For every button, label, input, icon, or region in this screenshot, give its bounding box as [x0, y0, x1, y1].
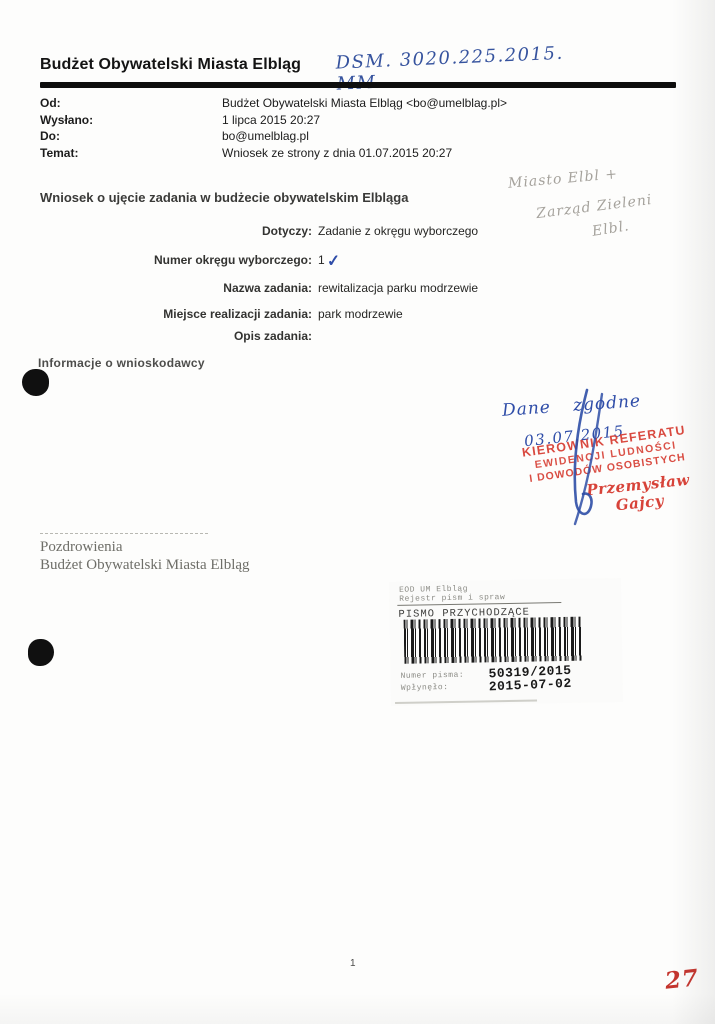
hole-punch-top	[22, 369, 49, 396]
signature-divider	[40, 533, 208, 534]
signature-closing: Pozdrowienia	[40, 538, 250, 556]
email-from-label: Od:	[40, 96, 222, 113]
field-row-task-name: Nazwa zadania: rewitalizacja parku modrz…	[40, 281, 660, 295]
field-value-task-location: park modrzewie	[318, 307, 403, 321]
field-label-district-number: Numer okręgu wyborczego:	[40, 253, 312, 273]
header-rule	[40, 82, 676, 88]
signature-sender: Budżet Obywatelski Miasta Elbląg	[40, 556, 250, 574]
scanned-document-page: Budżet Obywatelski Miasta Elbląg DSM. 30…	[0, 0, 715, 1024]
field-row-district-number: Numer okręgu wyborczego: 1 ✓	[40, 253, 660, 273]
field-row-concerns: Dotyczy: Zadanie z okręgu wyborczego	[40, 224, 660, 238]
sticker-received-value: 2015-07-02	[488, 676, 572, 695]
field-value-district-number: 1	[318, 253, 325, 273]
sticker-register-line: Rejestr pism i spraw	[399, 593, 505, 604]
email-subject-label: Temat:	[40, 146, 222, 163]
email-to-value: bo@umelblag.pl	[222, 129, 640, 146]
email-to-label: Do:	[40, 129, 222, 146]
email-from-value: Budżet Obywatelski Miasta Elbląg <bo@ume…	[222, 96, 640, 113]
field-label-task-name: Nazwa zadania:	[40, 281, 312, 295]
pencil-note-line-2: Zarząd Zieleni	[535, 192, 653, 222]
request-title: Wniosek o ujęcie zadania w budżecie obyw…	[40, 190, 408, 205]
field-value-task-name: rewitalizacja parku modrzewie	[318, 281, 478, 295]
pencil-note-line-1: Miasto Elbl +	[508, 166, 619, 192]
email-subject-row: Temat: Wniosek ze strony z dnia 01.07.20…	[40, 146, 640, 163]
sticker-received-label: Wpłynęło:	[401, 683, 449, 693]
page-number: 1	[350, 958, 356, 969]
field-label-task-description: Opis zadania:	[40, 329, 312, 343]
email-sent-row: Wysłano: 1 lipca 2015 20:27	[40, 113, 640, 130]
sticker-bottom-edge	[395, 699, 537, 703]
pen-checkmark-icon: ✓	[326, 251, 341, 272]
field-row-task-location: Miejsce realizacji zadania: park modrzew…	[40, 307, 660, 321]
email-subject-value: Wniosek ze strony z dnia 01.07.2015 20:2…	[222, 146, 640, 163]
field-row-task-description: Opis zadania:	[40, 329, 660, 343]
email-sent-label: Wysłano:	[40, 113, 222, 130]
field-label-task-location: Miejsce realizacji zadania:	[40, 307, 312, 321]
sticker-number-label: Numer pisma:	[401, 671, 465, 681]
handwritten-folio-number: 27	[664, 964, 701, 994]
applicant-info-heading: Informacje o wnioskodawcy	[38, 356, 205, 370]
email-header-block: Od: Budżet Obywatelski Miasta Elbląg <bo…	[40, 96, 640, 162]
barcode-image	[404, 617, 583, 664]
pen-signature-flourish	[545, 386, 630, 536]
email-signature-block: Pozdrowienia Budżet Obywatelski Miasta E…	[40, 533, 250, 574]
email-from-row: Od: Budżet Obywatelski Miasta Elbląg <bo…	[40, 96, 640, 113]
hole-punch-bottom	[28, 639, 54, 666]
document-title: Budżet Obywatelski Miasta Elbląg	[40, 56, 301, 74]
registry-barcode-sticker: EOD UM Elbląg Rejestr pism i spraw PISMO…	[389, 578, 623, 706]
email-to-row: Do: bo@umelblag.pl	[40, 129, 640, 146]
field-label-concerns: Dotyczy:	[40, 224, 312, 238]
email-sent-value: 1 lipca 2015 20:27	[222, 113, 640, 130]
field-value-concerns: Zadanie z okręgu wyborczego	[318, 224, 478, 238]
